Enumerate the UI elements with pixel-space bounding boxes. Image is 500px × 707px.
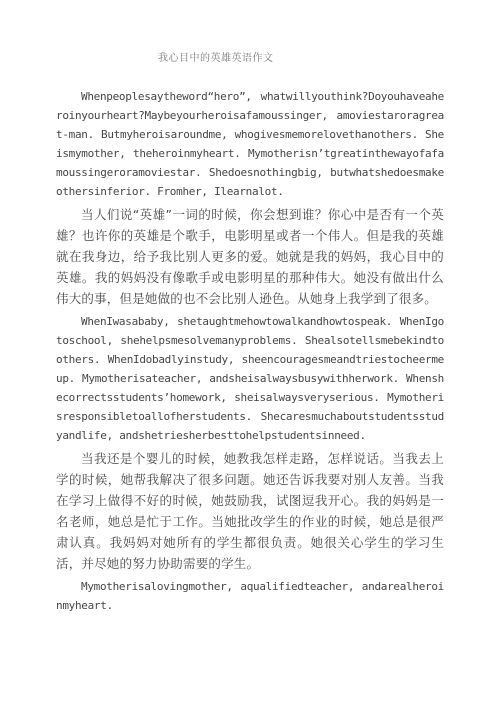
paragraph-chinese-1: 当人们说“英雄”一词的时候，你会想到谁？你心中是否有一个英雄？也许你的英雄是个歌… — [56, 204, 444, 309]
paragraph-chinese-2: 当我还是个婴儿的时候，她教我怎样走路，怎样说话。当我去上学的时候，她帮我解决了很… — [56, 448, 444, 574]
paragraph-english-2: WhenIwasababy, shetaughtmehowtowalkandho… — [56, 312, 444, 445]
paragraph-english-3: Mymotherisalovingmother, aqualifiedteach… — [56, 577, 444, 615]
document-body: Whenpeoplesaytheword“hero”, whatwillyout… — [56, 87, 444, 615]
paragraph-english-1: Whenpeoplesaytheword“hero”, whatwillyout… — [56, 87, 444, 201]
document-page: 我心目中的英雄英语作文 Whenpeoplesaytheword“hero”, … — [0, 0, 500, 707]
document-title: 我心目中的英雄英语作文 — [158, 53, 444, 65]
